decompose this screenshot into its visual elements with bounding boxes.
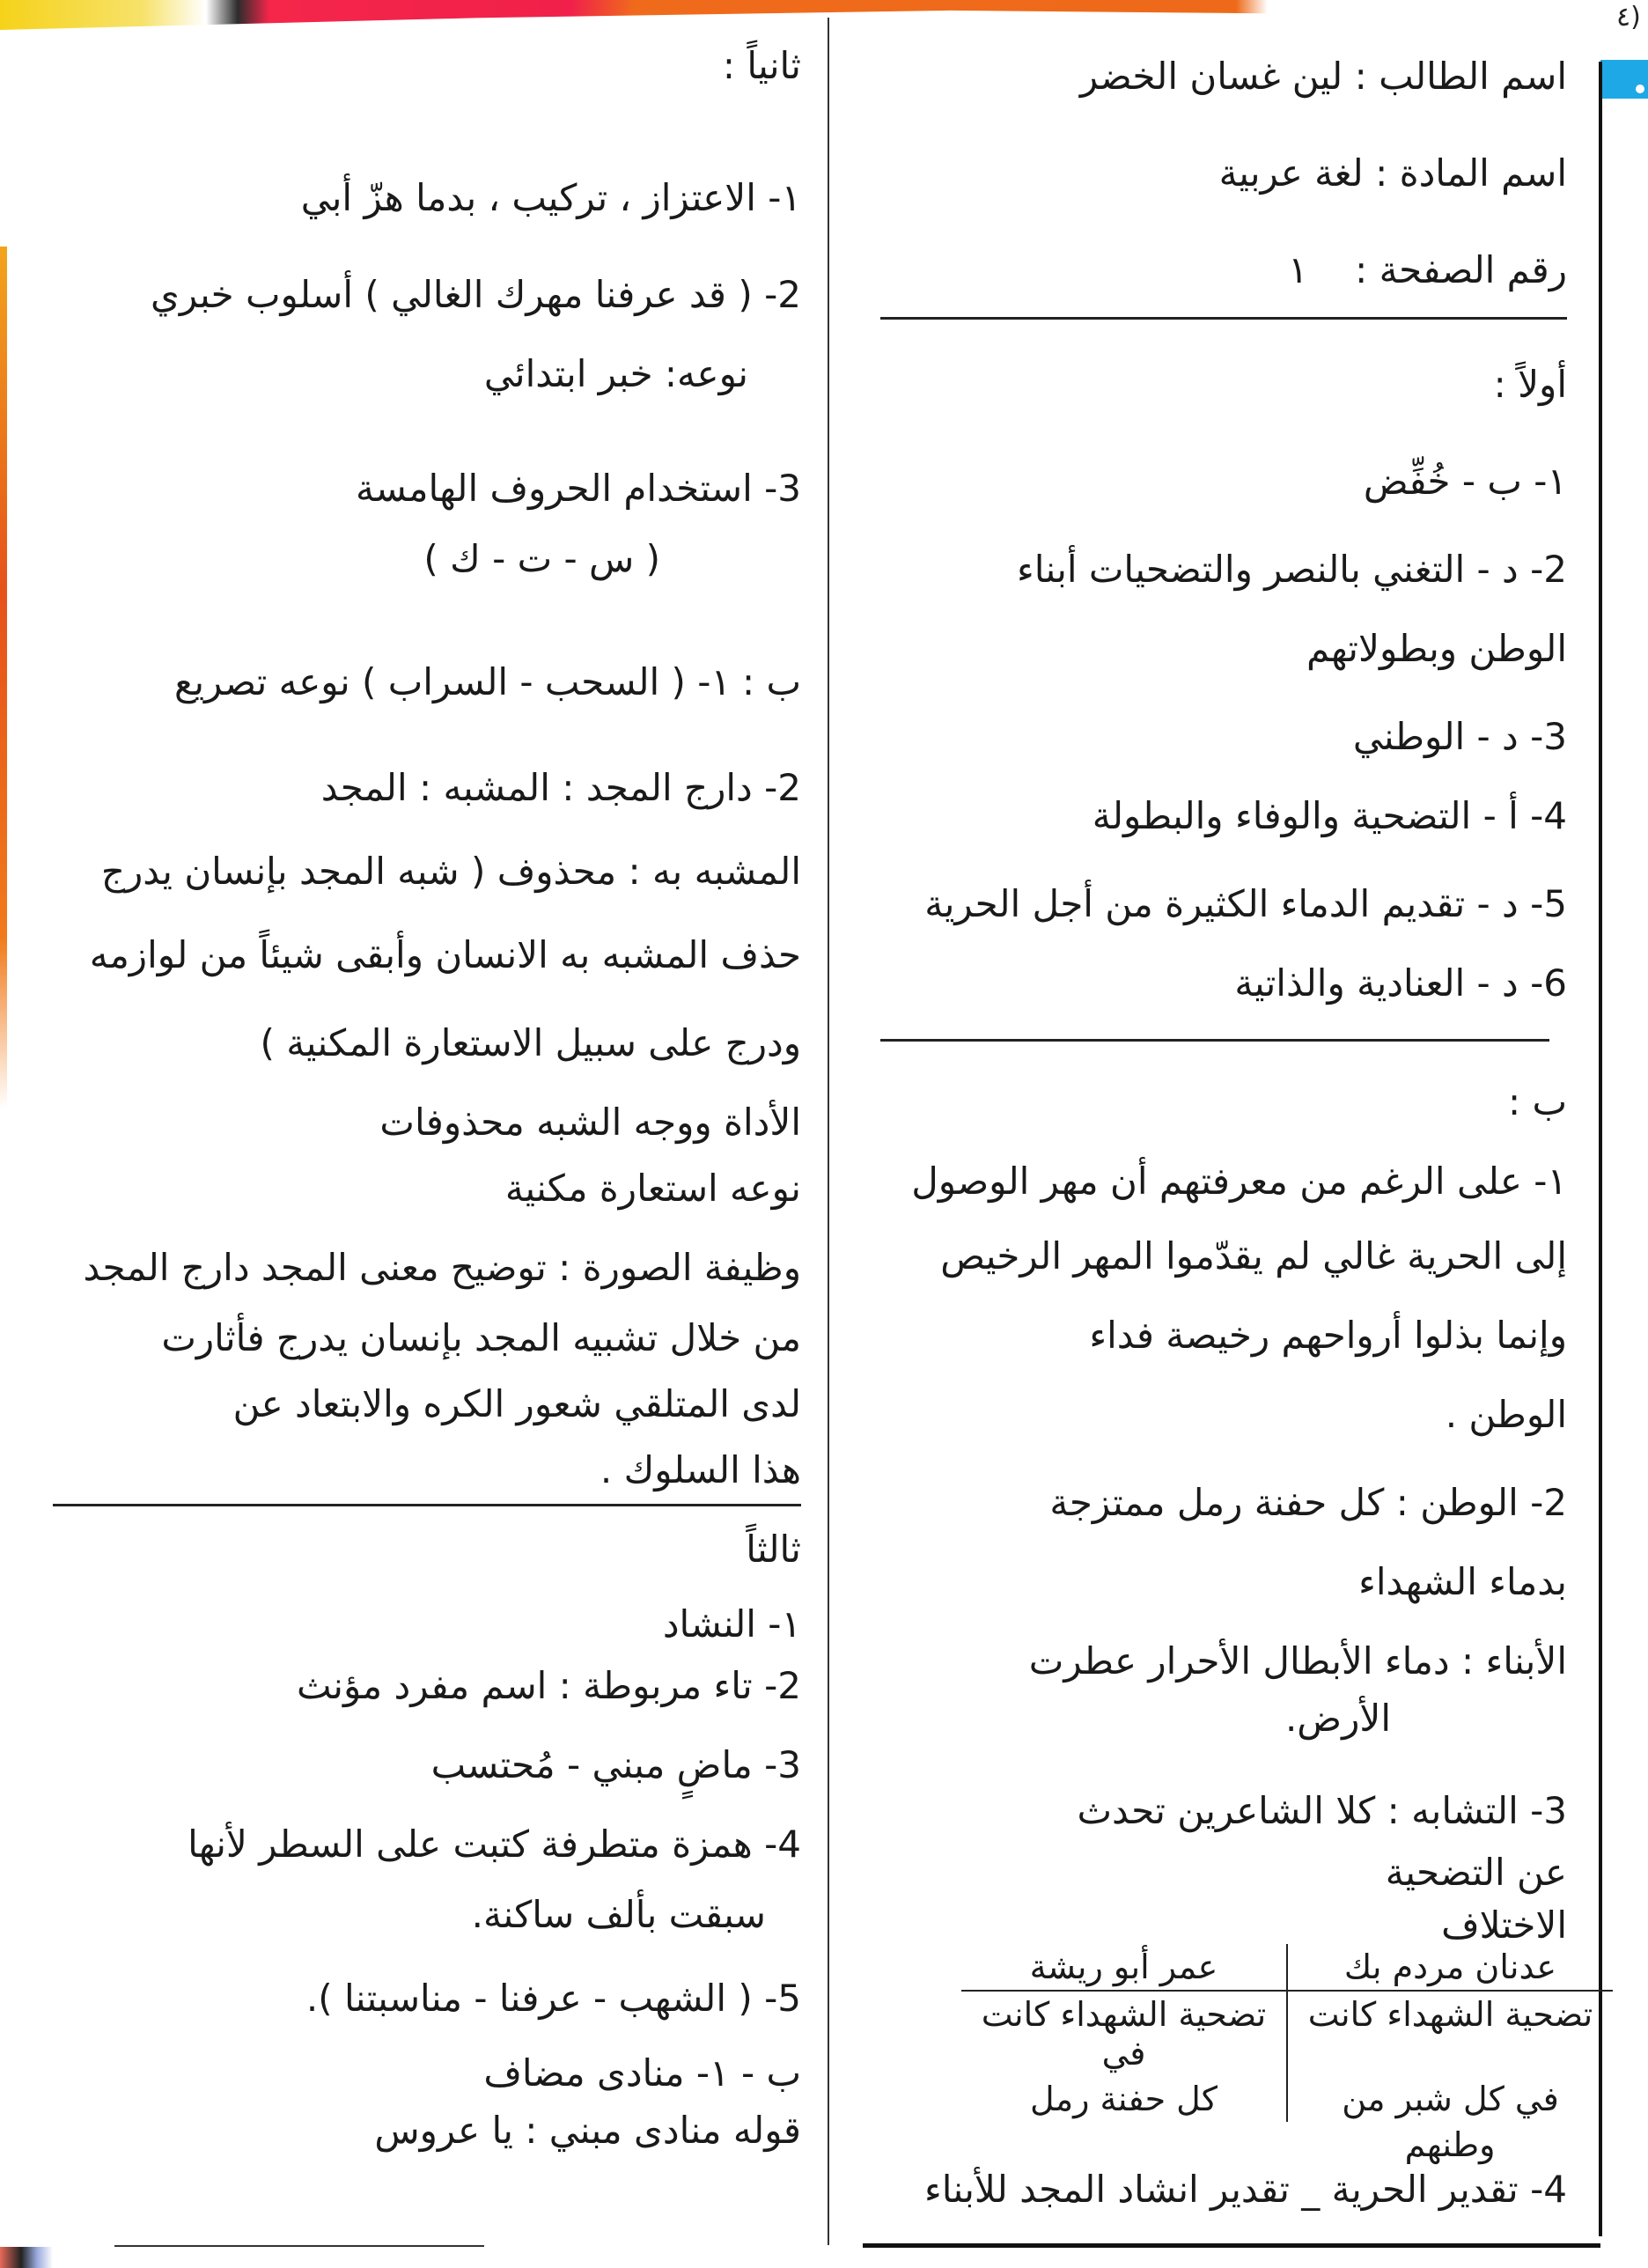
section3-item: 2- تاء مربوطة : اسم مفرد مؤنث xyxy=(297,1662,801,1711)
page-number-row: رقم الصفحة : ١ xyxy=(1288,247,1567,295)
comparison-table: عدنان مردم بك عمر أبو ريشة تضحية الشهداء… xyxy=(961,1944,1613,2168)
subject-row: اسم المادة : لغة عربية xyxy=(1219,150,1567,198)
final-item: 4- تقدير الحرية _ تقدير انشاد المجد للأب… xyxy=(924,2166,1567,2214)
section1-title: أولاً : xyxy=(1494,361,1567,409)
bottom-rule-left xyxy=(114,2245,484,2247)
table-cell: كل حفنة رمل xyxy=(961,2076,1286,2122)
section2-b-item: من خلال تشبيه المجد بإنسان يدرج فأثارت xyxy=(161,1314,801,1363)
section-b-item: ١- على الرغم من معرفتهم أن مهر الوصول xyxy=(911,1158,1567,1206)
section2-b-item: ١- ( السحب - السراب ) نوعه تصريع xyxy=(174,659,731,707)
section2-b-item: الأداة ووجه الشبه محذوفات xyxy=(379,1099,801,1147)
section-b-item: 3- التشابه : كلا الشاعرين تحدث xyxy=(1078,1787,1567,1836)
section-b-item: وإنما بذلوا أرواحهم رخيصة فداء xyxy=(1089,1312,1567,1360)
section3-item: ١- النشاد xyxy=(663,1601,801,1649)
page-label: رقم الصفحة : xyxy=(1355,248,1567,291)
section3-item: سبقت بألف ساكنة. xyxy=(472,1891,766,1940)
table-header-cell: عمر أبو ريشة xyxy=(961,1944,1286,1990)
page-value: ١ xyxy=(1288,248,1308,291)
section-b-item: عن التضحية xyxy=(1386,1849,1567,1897)
subject-label: اسم المادة : xyxy=(1375,151,1567,195)
table-row: وطنهم xyxy=(961,2122,1613,2168)
section2-b-title: ب : xyxy=(742,659,801,707)
bottom-rule-right xyxy=(863,2243,1600,2248)
section1-item: 5- د - تقديم الدماء الكثيرة من أجل الحري… xyxy=(924,880,1567,929)
section1-item: 2- د - التغني بالنصر والتضحيات أبناء xyxy=(1017,546,1567,594)
section-b-item: بدماء الشهداء xyxy=(1358,1558,1567,1607)
table-cell: وطنهم xyxy=(1287,2122,1613,2168)
section3-item: 4- همزة متطرفة كتبت على السطر لأنها xyxy=(188,1821,801,1869)
section1-divider xyxy=(880,1039,1549,1042)
section2-b-item: حذف المشبه به الانسان وأبقى شيئاً من لوا… xyxy=(90,931,801,980)
section2-divider xyxy=(53,1504,801,1506)
section2-item: 3- استخدام الحروف الهامسة xyxy=(356,465,801,513)
section2-b-item: ودرج على سبيل الاستعارة المكنية ) xyxy=(261,1020,801,1068)
section-b-item: إلى الحرية غالي لم يقدّموا المهر الرخيص xyxy=(940,1233,1567,1281)
table-header-cell: عدنان مردم بك xyxy=(1286,1944,1613,1990)
section-b-item: الأرض. xyxy=(1285,1695,1391,1743)
table-row: في كل شبر من كل حفنة رمل xyxy=(961,2076,1613,2122)
section2-title: ثانياً : xyxy=(723,42,801,91)
table-row: تضحية الشهداء كانت تضحية الشهداء كانت في xyxy=(961,1992,1613,2076)
section2-item: 2- ( قد عرفنا مهرك الغالي ) أسلوب خبري xyxy=(151,271,801,320)
table-cell xyxy=(961,2122,1287,2168)
table-cell: في كل شبر من xyxy=(1286,2076,1613,2122)
section1-item: الوطن وبطولاتهم xyxy=(1306,625,1567,674)
section3-title: ثالثاً xyxy=(746,1526,801,1574)
section2-b-item: 2- دارج المجد : المشبه : المجد xyxy=(321,764,801,813)
margin-rule-right xyxy=(1599,62,1602,2236)
table-header: عدنان مردم بك عمر أبو ريشة xyxy=(961,1944,1613,1992)
section2-item: ١- الاعتزاز ، تركيب ، بدما هزّ أبي xyxy=(301,174,801,223)
section-b-item: الأبناء : دماء الأبطال الأحرار عطرت xyxy=(1029,1638,1567,1686)
student-value: لين غسان الخضر xyxy=(1080,55,1343,98)
section3-item: ب - ١- منادى مضاف xyxy=(483,2050,801,2098)
section3-item: 5- ( الشهب - عرفنا - مناسبتنا ). xyxy=(306,1975,801,2023)
header-divider xyxy=(880,317,1567,320)
torn-decorative-strip-top xyxy=(0,0,1585,30)
table-cell: تضحية الشهداء كانت في xyxy=(961,1992,1286,2076)
decorative-strip-left xyxy=(0,247,7,1109)
table-cell: تضحية الشهداء كانت xyxy=(1286,1992,1613,2076)
section3-item: قوله منادى مبني : يا عروس xyxy=(374,2107,801,2155)
student-name-row: اسم الطالب : لين غسان الخضر xyxy=(1080,53,1567,101)
page-corner-mark: ٤) xyxy=(1616,2,1641,33)
section2-b-item: المشبه به : محذوف ( شبه المجد بإنسان يدر… xyxy=(101,848,801,896)
section2-b-item: لدى المتلقي شعور الكره والابتعاد عن xyxy=(233,1381,801,1429)
subject-value: لغة عربية xyxy=(1219,151,1364,195)
section2-item: ( س - ت - ك ) xyxy=(423,535,660,584)
section2-b-item: نوعه استعارة مكنية xyxy=(505,1165,801,1213)
hole-punch-dot xyxy=(1636,85,1644,93)
section1-item: 3- د - الوطني xyxy=(1353,713,1567,762)
section1-item: 6- د - العنادية والذاتية xyxy=(1234,960,1567,1008)
student-label: اسم الطالب : xyxy=(1355,55,1567,98)
decorative-corner-bottom xyxy=(0,2247,53,2268)
section2-b-item: وظيفة الصورة : توضيح معنى المجد دارج الم… xyxy=(84,1244,801,1292)
section-b-item: الاختلاف xyxy=(1441,1902,1567,1950)
section2-b-item: هذا السلوك . xyxy=(600,1447,801,1495)
section3-item: 3- ماضٍ مبني - مُحتسب xyxy=(431,1741,801,1790)
section1-item: ١- ب - خُفِّض xyxy=(1364,458,1567,506)
blue-binder-tab xyxy=(1600,60,1648,99)
section1-item: 4- أ - التضحية والوفاء والبطولة xyxy=(1093,792,1567,841)
section-b-item: 2- الوطن : كل حفنة رمل ممتزجة xyxy=(1049,1479,1567,1528)
section2-item: نوعه: خبر ابتدائي xyxy=(484,350,748,399)
section-b-title: ب : xyxy=(1508,1079,1567,1127)
section-b-item: الوطن . xyxy=(1446,1391,1567,1440)
column-divider xyxy=(828,18,829,2245)
